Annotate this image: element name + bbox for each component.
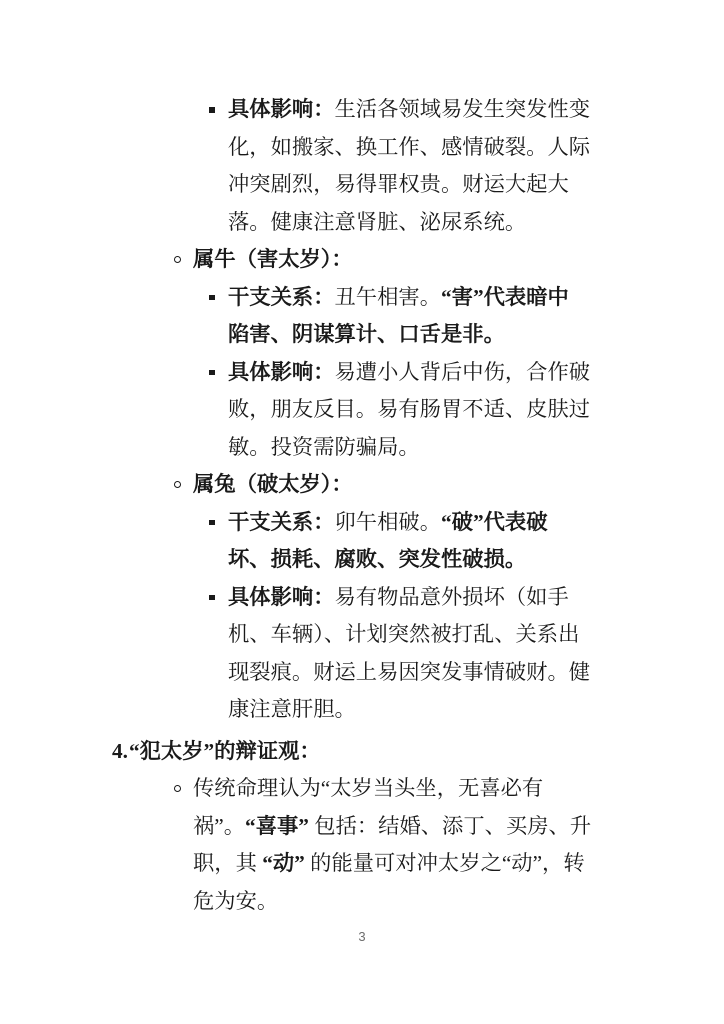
text-run: 传统命理认为“太岁当头坐，无喜必有 xyxy=(193,776,543,800)
bullet-square-icon xyxy=(209,370,215,376)
text-run: “犯太岁”的辩证观： xyxy=(129,739,321,763)
text-run: 具体影响： xyxy=(228,97,335,121)
text-run: 职，其 xyxy=(193,851,262,875)
text-line: 具体影响：易有物品意外损坏（如手 xyxy=(228,579,652,617)
text-run: 的能量可对冲太岁之“动”，转 xyxy=(305,851,585,875)
text-run: 敏。投资需防骗局。 xyxy=(228,435,420,459)
text-line: 具体影响：易遭小人背后中伤，合作破 xyxy=(228,354,652,392)
text-run: 干支关系： xyxy=(228,510,335,534)
text-run: 卯午相破。 xyxy=(335,510,442,534)
text-line: 康注意肝胆。 xyxy=(228,691,652,729)
text-run: 丑午相害。 xyxy=(335,285,442,309)
text-run: 具体影响： xyxy=(228,585,335,609)
list-item: 具体影响：易有物品意外损坏（如手机、车辆）、计划突然被打乱、关系出现裂痕。财运上… xyxy=(112,579,652,729)
document-body: 具体影响：生活各领域易发生突发性变化，如搬家、换工作、感情破裂。人际冲突剧烈，易… xyxy=(112,91,652,920)
text-line: 干支关系：丑午相害。“害”代表暗中 xyxy=(228,279,652,317)
bullet-circle-icon xyxy=(174,481,181,488)
text-run: 败，朋友反目。易有肠胃不适、皮肤过 xyxy=(228,397,590,421)
bullet-circle-icon xyxy=(174,785,181,792)
text-line: 属兔（破太岁）： xyxy=(193,466,652,504)
list-item: 干支关系：丑午相害。“害”代表暗中陷害、阴谋算计、口舌是非。 xyxy=(112,279,652,354)
text-run: 落。健康注意肾脏、泌尿系统。 xyxy=(228,210,526,234)
text-line: 4.“犯太岁”的辩证观： xyxy=(112,733,652,771)
text-line: 职，其 “动” 的能量可对冲太岁之“动”，转 xyxy=(193,845,652,883)
bullet-square-icon xyxy=(209,107,215,113)
text-line: 敏。投资需防骗局。 xyxy=(228,429,652,467)
text-run: 危为安。 xyxy=(193,889,278,913)
text-line: 干支关系：卯午相破。“破”代表破 xyxy=(228,504,652,542)
list-item: 属牛（害太岁）： xyxy=(112,241,652,279)
text-run: “动” xyxy=(262,851,305,875)
text-line: 化，如搬家、换工作、感情破裂。人际 xyxy=(228,129,652,167)
text-run: 坏、损耗、腐败、突发性破损。 xyxy=(228,547,526,571)
text-run: 属牛（害太岁）： xyxy=(193,247,353,271)
document-page: 具体影响：生活各领域易发生突发性变化，如搬家、换工作、感情破裂。人际冲突剧烈，易… xyxy=(0,0,724,1024)
text-run: 包括：结婚、添丁、买房、升 xyxy=(309,814,591,838)
text-line: 祸”。“喜事” 包括：结婚、添丁、买房、升 xyxy=(193,808,652,846)
text-run: 具体影响： xyxy=(228,360,335,384)
list-item: 干支关系：卯午相破。“破”代表破坏、损耗、腐败、突发性破损。 xyxy=(112,504,652,579)
text-run: 现裂痕。财运上易因突发事情破财。健 xyxy=(228,660,590,684)
bullet-square-icon xyxy=(209,295,215,301)
text-line: 具体影响：生活各领域易发生突发性变 xyxy=(228,91,652,129)
bullet-circle-icon xyxy=(174,256,181,263)
item-number: 4. xyxy=(112,739,128,763)
text-run: “破”代表破 xyxy=(441,510,548,534)
text-run: 易遭小人背后中伤，合作破 xyxy=(335,360,591,384)
text-line: 现裂痕。财运上易因突发事情破财。健 xyxy=(228,654,652,692)
text-run: 陷害、阴谋算计、口舌是非。 xyxy=(228,322,505,346)
text-line: 落。健康注意肾脏、泌尿系统。 xyxy=(228,204,652,242)
text-line: 机、车辆）、计划突然被打乱、关系出 xyxy=(228,616,652,654)
text-line: 传统命理认为“太岁当头坐，无喜必有 xyxy=(193,770,652,808)
text-run: “喜事” xyxy=(245,814,309,838)
bullet-square-icon xyxy=(209,520,215,526)
list-item: 4.“犯太岁”的辩证观： xyxy=(112,733,652,771)
text-run: 易有物品意外损坏（如手 xyxy=(335,585,569,609)
text-run: 机、车辆）、计划突然被打乱、关系出 xyxy=(228,622,579,646)
text-line: 危为安。 xyxy=(193,883,652,921)
text-run: 属兔（破太岁）： xyxy=(193,472,353,496)
list-item: 具体影响：易遭小人背后中伤，合作破败，朋友反目。易有肠胃不适、皮肤过敏。投资需防… xyxy=(112,354,652,467)
text-run: 生活各领域易发生突发性变 xyxy=(335,97,591,121)
page-number: 3 xyxy=(0,929,724,944)
list-item: 属兔（破太岁）： xyxy=(112,466,652,504)
text-line: 冲突剧烈，易得罪权贵。财运大起大 xyxy=(228,166,652,204)
text-line: 陷害、阴谋算计、口舌是非。 xyxy=(228,316,652,354)
text-run: “害”代表暗中 xyxy=(441,285,569,309)
text-line: 坏、损耗、腐败、突发性破损。 xyxy=(228,541,652,579)
text-run: 干支关系： xyxy=(228,285,335,309)
text-line: 败，朋友反目。易有肠胃不适、皮肤过 xyxy=(228,391,652,429)
list-item: 传统命理认为“太岁当头坐，无喜必有祸”。“喜事” 包括：结婚、添丁、买房、升职，… xyxy=(112,770,652,920)
text-run: 冲突剧烈，易得罪权贵。财运大起大 xyxy=(228,172,569,196)
bullet-square-icon xyxy=(209,595,215,601)
list-item: 具体影响：生活各领域易发生突发性变化，如搬家、换工作、感情破裂。人际冲突剧烈，易… xyxy=(112,91,652,241)
text-run: 化，如搬家、换工作、感情破裂。人际 xyxy=(228,135,590,159)
text-line: 属牛（害太岁）： xyxy=(193,241,652,279)
text-run: 康注意肝胆。 xyxy=(228,697,356,721)
text-run: 祸”。 xyxy=(193,814,245,838)
